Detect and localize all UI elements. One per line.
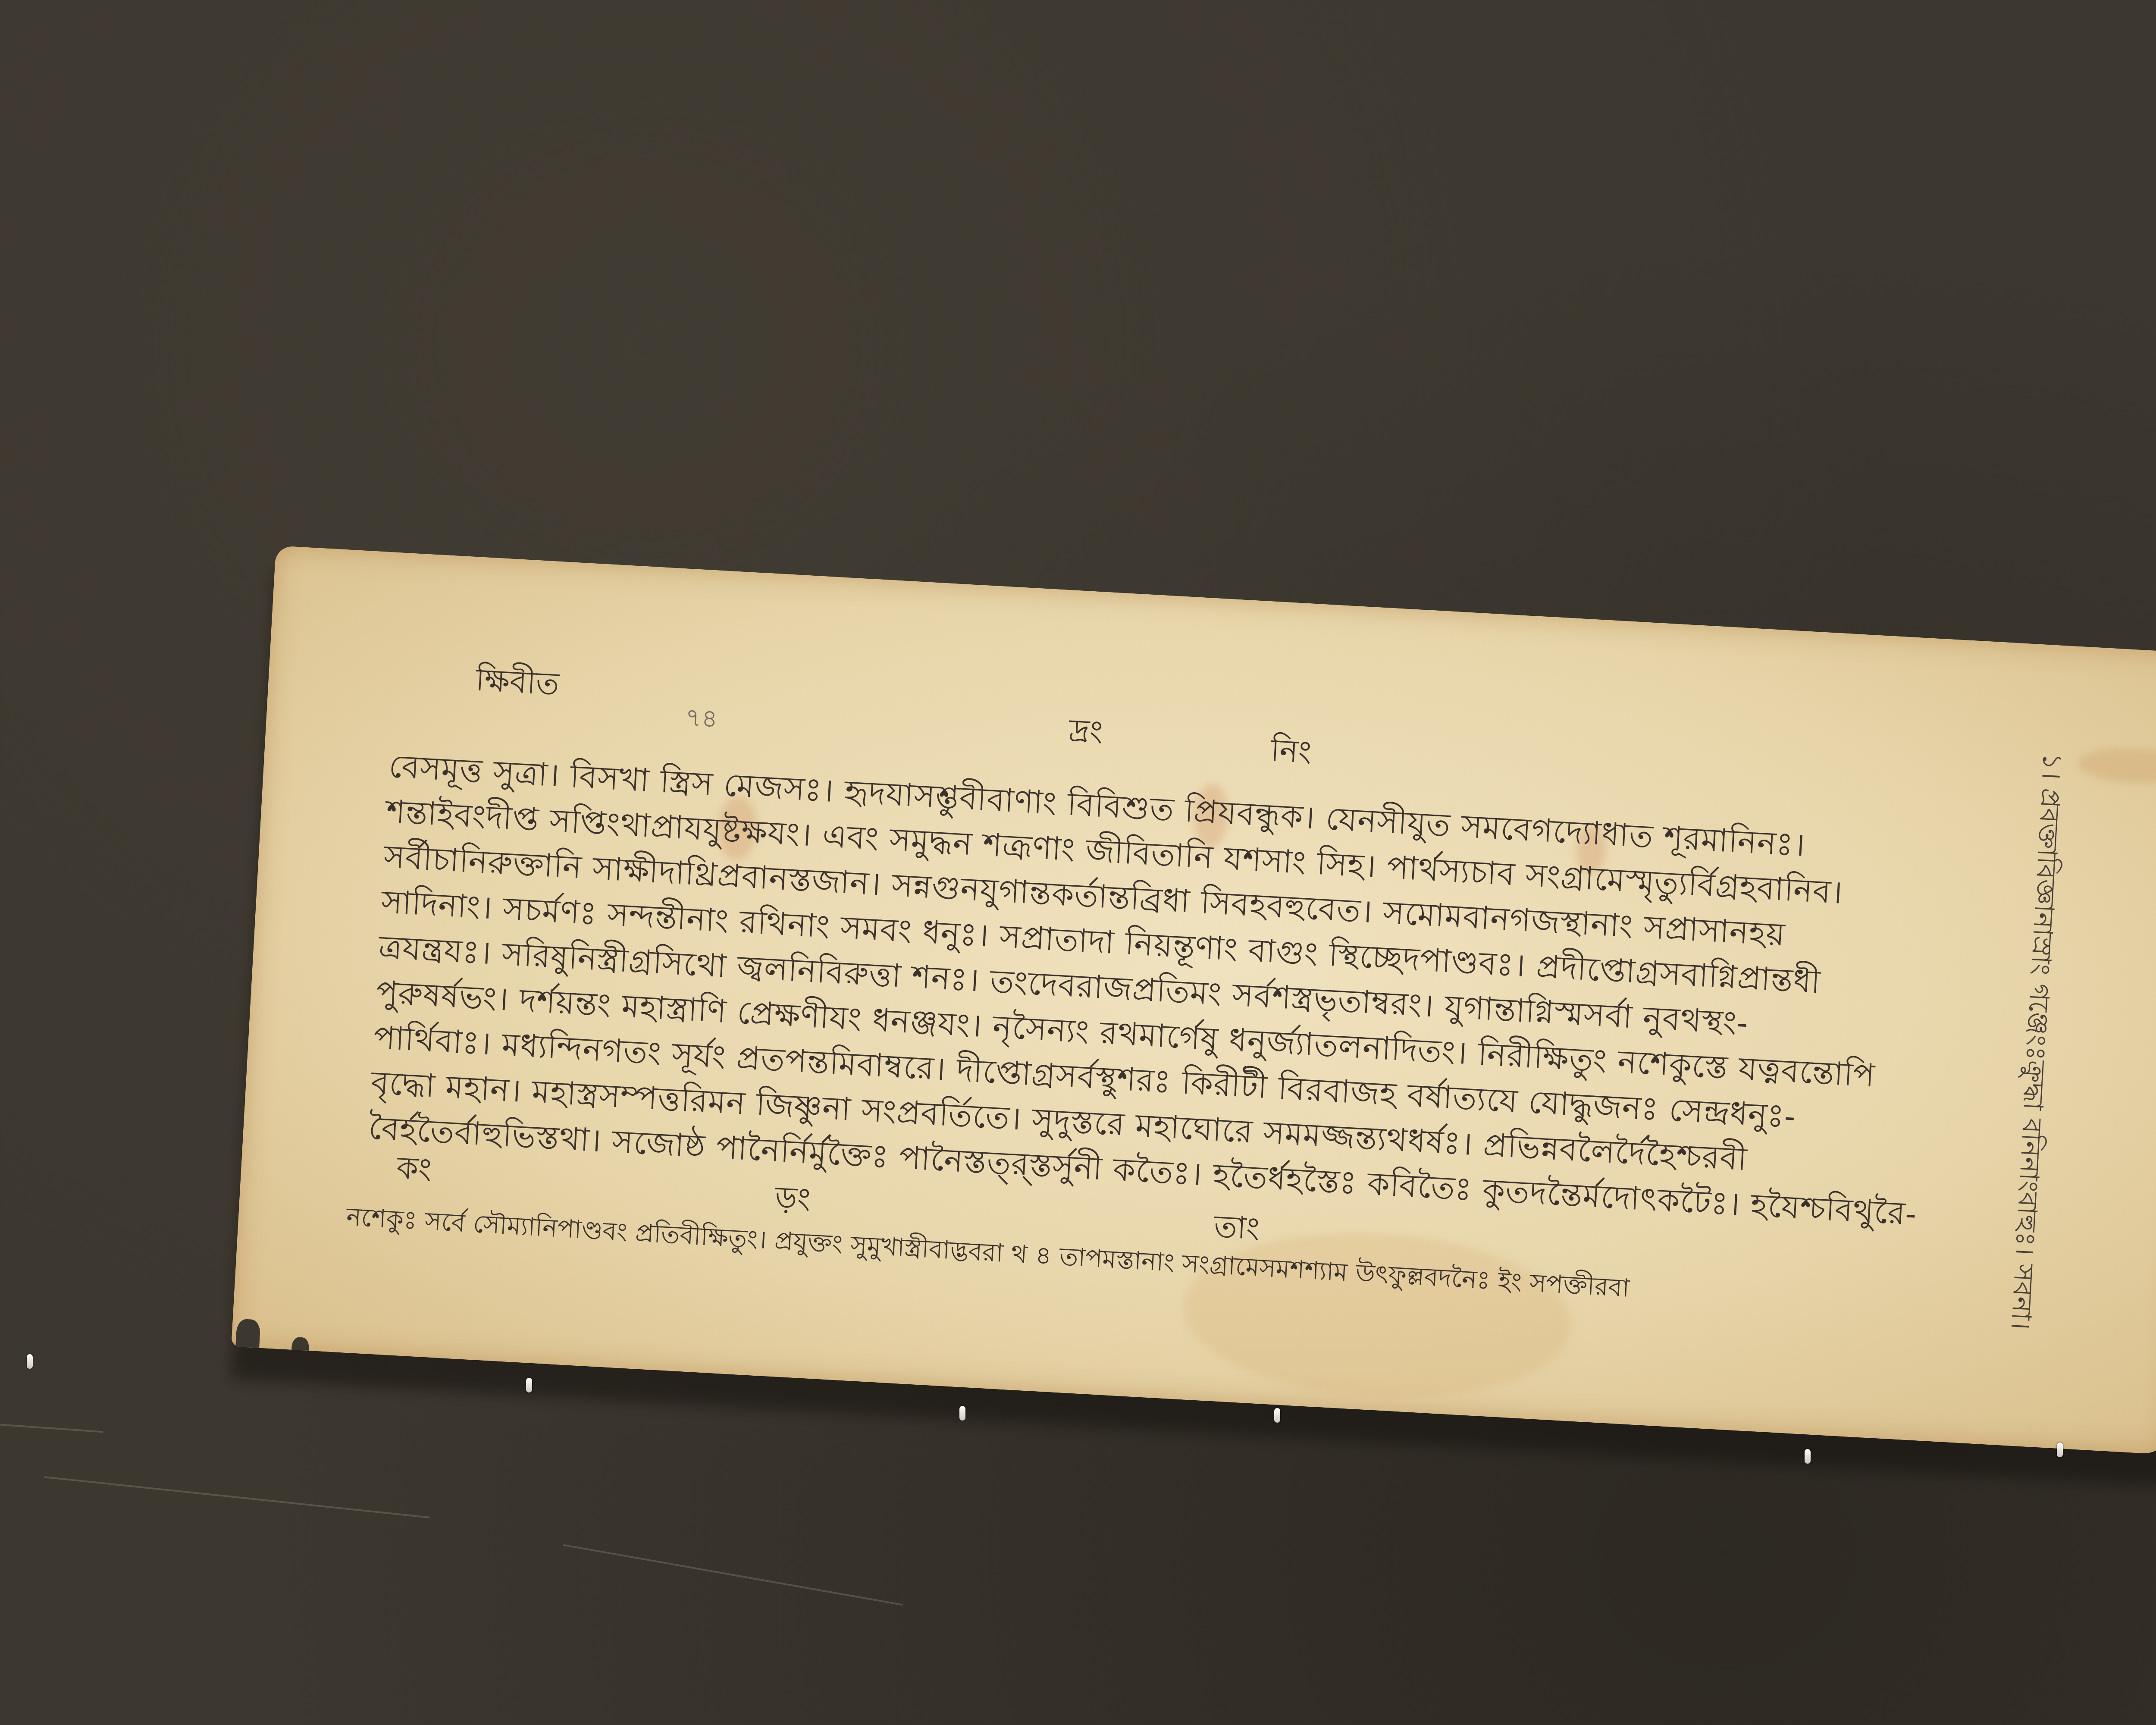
- mounting-pin: [27, 1354, 33, 1369]
- board-scratch: [44, 1476, 430, 1518]
- folio-mark-right: নিং: [1269, 727, 1313, 781]
- mounting-pin: [1805, 1449, 1811, 1464]
- manuscript-folio: ক্ষিবীত ৭৪ দ্রং নিং বেসমূত্ত সুত্রা। বিস…: [231, 546, 2156, 1455]
- folio-number-left: ৭৪: [684, 698, 719, 742]
- mounting-pin: [1274, 1408, 1280, 1423]
- stain: [2077, 746, 2156, 786]
- mounting-pin: [959, 1406, 965, 1421]
- board-scratch: [563, 1544, 903, 1606]
- heading-mark: ক্ষিবীত: [474, 656, 561, 712]
- folio-mark-center: দ্রং: [1067, 706, 1104, 760]
- mounting-pin: [526, 1378, 532, 1393]
- mounting-pin: [2057, 1443, 2063, 1457]
- right-margin-text: ১। প্রবক্তাবিজ্ঞানাস্রাং গঞ্জেংঃক্রুদ্ধা…: [1997, 752, 2075, 1357]
- board-scratch: [0, 1424, 103, 1433]
- bottom-mark-center: ড়ং: [774, 1174, 812, 1227]
- bottom-mark-left: কং: [395, 1144, 433, 1198]
